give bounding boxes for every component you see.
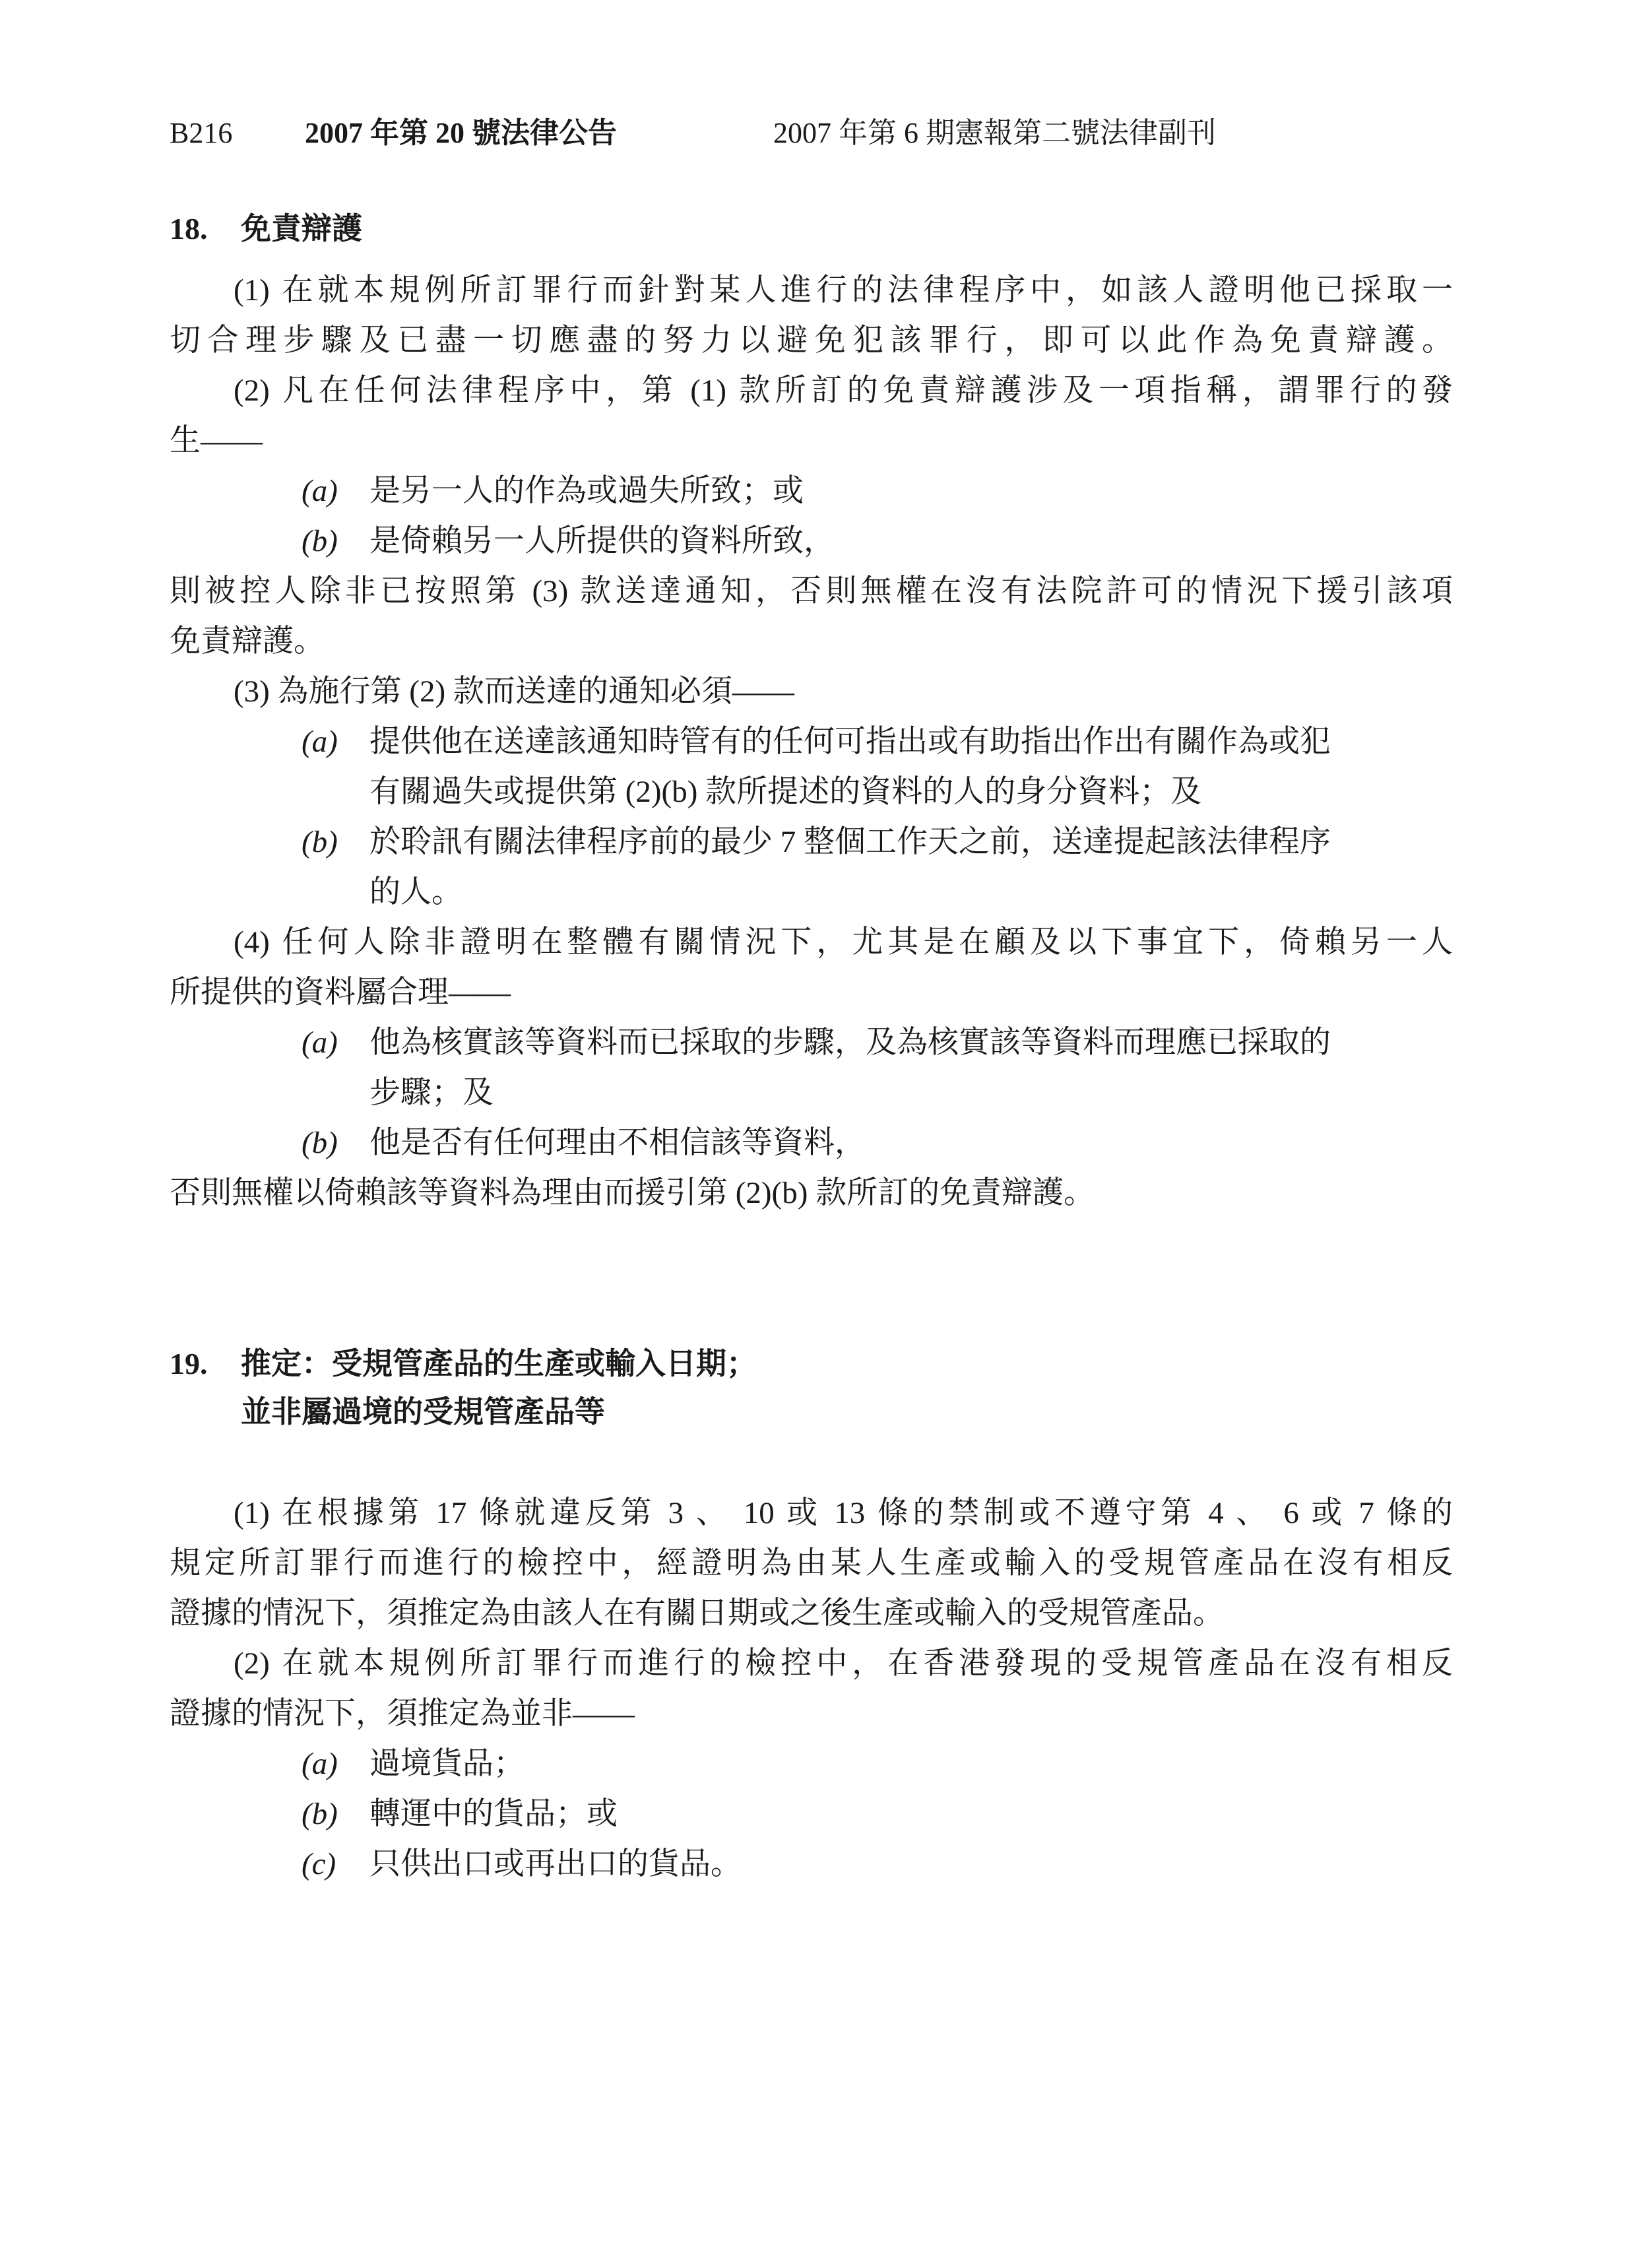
label-a: (a) [302, 1025, 338, 1060]
legal-notice-title: 2007 年第 20 號法律公告 [305, 113, 617, 153]
s19-para-2a: (a)過境貨品； [302, 1739, 1585, 1789]
s19-line: (1) 在根據第 17 條就違反第 3 、 10 或 13 條的禁制或不遵守第 … [234, 1488, 1453, 1538]
s18-line: (2) 凡在任何法律程序中，第 (1) 款所訂的免責辯護涉及一項指稱，謂罪行的發 [234, 366, 1453, 416]
s18-line: 否則無權以倚賴該等資料為理由而援引第 (2)(b) 款所訂的免責辯護。 [170, 1168, 1453, 1218]
s18-line: (4) 任何人除非證明在整體有關情況下，尤其是在顧及以下事宜下，倚賴另一人 [234, 917, 1453, 967]
section-19-heading: 19.推定：受規管產品的生產或輸入日期； 並非屬過境的受規管產品等 [170, 1340, 757, 1435]
section-title-line1: 推定：受規管產品的生產或輸入日期； [241, 1346, 757, 1380]
section-number: 18. [170, 205, 241, 253]
s18-para-2a: (a)是另一人的作為或過失所致；或 [302, 466, 1585, 516]
s18-line: 則被控人除非已按照第 (3) 款送達通知，否則無權在沒有法院許可的情況下援引該項 [170, 566, 1453, 616]
s18-para-4b: (b)他是否有任何理由不相信該等資料， [302, 1118, 1585, 1168]
label-c: (c) [302, 1847, 336, 1881]
page-number: B216 [170, 113, 232, 153]
label-a: (a) [302, 1747, 338, 1781]
section-18-heading: 18.免責辯護 [170, 205, 362, 253]
s18-para-2b: (b)是倚賴另一人所提供的資料所致， [302, 516, 1585, 566]
s18-line: 有關過失或提供第 (2)(b) 款所提述的資料的人的身分資料；及 [369, 767, 1627, 817]
s19-para-2b: (b)轉運中的貨品；或 [302, 1789, 1585, 1839]
label-b: (b) [302, 1797, 338, 1831]
s19-para-2c: (c)只供出口或再出口的貨品。 [302, 1839, 1585, 1889]
s18-line: 切合理步驟及已盡一切應盡的努力以避免犯該罪行，即可以此作為免責辯護。 [170, 315, 1453, 366]
label-b: (b) [302, 524, 338, 558]
s18-line: 所提供的資料屬合理—— [170, 967, 1453, 1018]
section-title-line2: 並非屬過境的受規管產品等 [170, 1388, 757, 1435]
s18-line: 步驟；及 [369, 1068, 1627, 1118]
s18-line: (1) 在就本規例所訂罪行而針對某人進行的法律程序中，如該人證明他已採取一 [234, 265, 1453, 315]
s19-line: 證據的情況下，須推定為並非—— [170, 1689, 1453, 1739]
s19-line: (2) 在就本規例所訂罪行而進行的檢控中，在香港發現的受規管產品在沒有相反 [234, 1638, 1453, 1689]
s18-para-4a: (a)他為核實該等資料而已採取的步驟，及為核實該等資料而理應已採取的 [302, 1018, 1585, 1068]
label-a: (a) [302, 474, 338, 508]
section-number: 19. [170, 1340, 241, 1388]
s19-line: 規定所訂罪行而進行的檢控中，經證明為由某人生產或輸入的受規管產品在沒有相反 [170, 1538, 1453, 1588]
s18-para-3a: (a)提供他在送達該通知時管有的任何可指出或有助指出作出有關作為或犯 [302, 717, 1585, 767]
s18-line: 免責辯護。 [170, 616, 1453, 666]
s18-para-3b: (b)於聆訊有關法律程序前的最少 7 整個工作天之前，送達提起該法律程序 [302, 817, 1585, 867]
label-a: (a) [302, 725, 338, 759]
label-b: (b) [302, 825, 338, 859]
section-title: 免責辯護 [241, 211, 362, 245]
s18-line: 生—— [170, 416, 1453, 466]
page-header: B216 2007 年第 20 號法律公告 2007 年第 6 期憲報第二號法律… [170, 113, 1453, 153]
s18-line: (3) 為施行第 (2) 款而送達的通知必須—— [234, 666, 1517, 717]
s19-line: 證據的情況下，須推定為由該人在有關日期或之後生產或輸入的受規管產品。 [170, 1588, 1453, 1638]
s18-line: 的人。 [369, 867, 1627, 917]
gazette-title: 2007 年第 6 期憲報第二號法律副刊 [773, 113, 1216, 153]
label-b: (b) [302, 1126, 338, 1160]
